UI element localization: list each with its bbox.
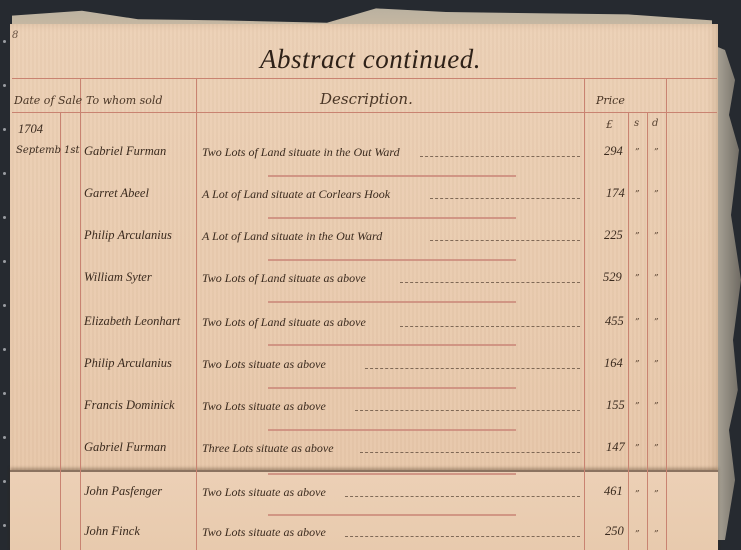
buyer-name: Gabriel Furman <box>84 440 166 455</box>
price-shillings: ” <box>635 360 640 370</box>
leader-dashes <box>430 240 580 241</box>
price-shillings: ” <box>635 190 640 200</box>
price-pounds: 294 <box>604 144 623 159</box>
header-description: Description. <box>320 90 413 108</box>
shillings-column-rule <box>628 112 629 550</box>
price-pence: ” <box>654 318 659 328</box>
lot-description: Two Lots situate as above <box>202 485 326 500</box>
price-pounds: 225 <box>604 228 623 243</box>
buyer-name: Francis Dominick <box>84 398 175 413</box>
header-top-rule <box>12 78 717 79</box>
lot-description: Two Lots situate as above <box>202 399 326 414</box>
lot-description: Three Lots situate as above <box>202 441 334 456</box>
buyer-name: John Finck <box>84 524 140 539</box>
leader-dashes <box>355 410 580 411</box>
price-shillings: ” <box>635 530 640 540</box>
price-shillings: ” <box>635 148 640 158</box>
leader-dashes <box>360 452 580 453</box>
lot-description: A Lot of Land situate at Corlears Hook <box>202 187 390 202</box>
price-pounds: 147 <box>606 440 625 455</box>
price-shillings: ” <box>635 318 640 328</box>
price-pounds: 250 <box>605 524 624 539</box>
lot-description: Two Lots of Land situate in the Out Ward <box>202 145 400 160</box>
leader-dashes <box>400 326 580 327</box>
row-separator <box>268 217 516 219</box>
sale-year: 1704 <box>18 122 43 137</box>
date-day-column-rule <box>60 112 61 550</box>
price-pence: ” <box>654 530 659 540</box>
header-shillings: s <box>634 118 639 129</box>
price-pence: ” <box>654 490 659 500</box>
price-pence: ” <box>654 402 659 412</box>
header-pence: d <box>652 118 658 129</box>
price-pounds: 155 <box>606 398 625 413</box>
price-pence: ” <box>654 360 659 370</box>
price-column-rule <box>584 78 585 550</box>
row-separator <box>268 429 516 431</box>
buyer-name: Philip Arculanius <box>84 356 172 371</box>
leader-dashes <box>400 282 580 283</box>
page-corner-mark: 8 <box>12 30 18 41</box>
price-shillings: ” <box>635 232 640 242</box>
price-pounds: 461 <box>604 484 623 499</box>
buyer-name: Gabriel Furman <box>84 144 166 159</box>
description-column-rule <box>196 78 197 550</box>
buyer-column-rule <box>80 78 81 550</box>
price-shillings: ” <box>635 444 640 454</box>
header-price: Price <box>596 94 625 107</box>
price-end-rule <box>666 78 667 550</box>
row-separator <box>268 259 516 261</box>
leader-dashes <box>430 198 580 199</box>
binding-holes <box>2 40 8 550</box>
row-separator <box>268 344 516 346</box>
leader-dashes <box>345 536 580 537</box>
leader-dashes <box>345 496 580 497</box>
row-separator <box>268 473 516 475</box>
price-pence: ” <box>654 274 659 284</box>
header-date-of-sale: Date of Sale <box>14 94 82 107</box>
price-pence: ” <box>654 148 659 158</box>
price-pence: ” <box>654 232 659 242</box>
sale-month: Septemb <box>16 145 61 156</box>
lot-description: Two Lots of Land situate as above <box>202 315 366 330</box>
lot-description: Two Lots of Land situate as above <box>202 271 366 286</box>
pence-column-rule <box>647 112 648 550</box>
price-shillings: ” <box>635 490 640 500</box>
header-bottom-rule <box>12 112 717 113</box>
price-shillings: ” <box>635 274 640 284</box>
row-separator <box>268 514 516 516</box>
price-pence: ” <box>654 444 659 454</box>
buyer-name: Philip Arculanius <box>84 228 172 243</box>
row-separator <box>268 387 516 389</box>
price-pounds: 455 <box>605 314 624 329</box>
price-pounds: 174 <box>606 186 625 201</box>
buyer-name: Elizabeth Leonhart <box>84 314 180 329</box>
buyer-name: William Syter <box>84 270 152 285</box>
lot-description: Two Lots situate as above <box>202 357 326 372</box>
price-shillings: ” <box>635 402 640 412</box>
buyer-name: Garret Abeel <box>84 186 149 201</box>
header-pounds: £ <box>606 118 613 131</box>
row-separator <box>268 301 516 303</box>
header-to-whom-sold: To whom sold <box>86 94 162 107</box>
lot-description: A Lot of Land situate in the Out Ward <box>202 229 382 244</box>
page-title: Abstract continued. <box>260 44 481 75</box>
price-pounds: 529 <box>603 270 622 285</box>
price-pence: ” <box>654 190 659 200</box>
buyer-name: John Pasfenger <box>84 484 162 499</box>
sale-day: 1st <box>64 145 80 156</box>
lot-description: Two Lots situate as above <box>202 525 326 540</box>
leader-dashes <box>420 156 580 157</box>
price-pounds: 164 <box>604 356 623 371</box>
leader-dashes <box>365 368 580 369</box>
row-separator <box>268 175 516 177</box>
